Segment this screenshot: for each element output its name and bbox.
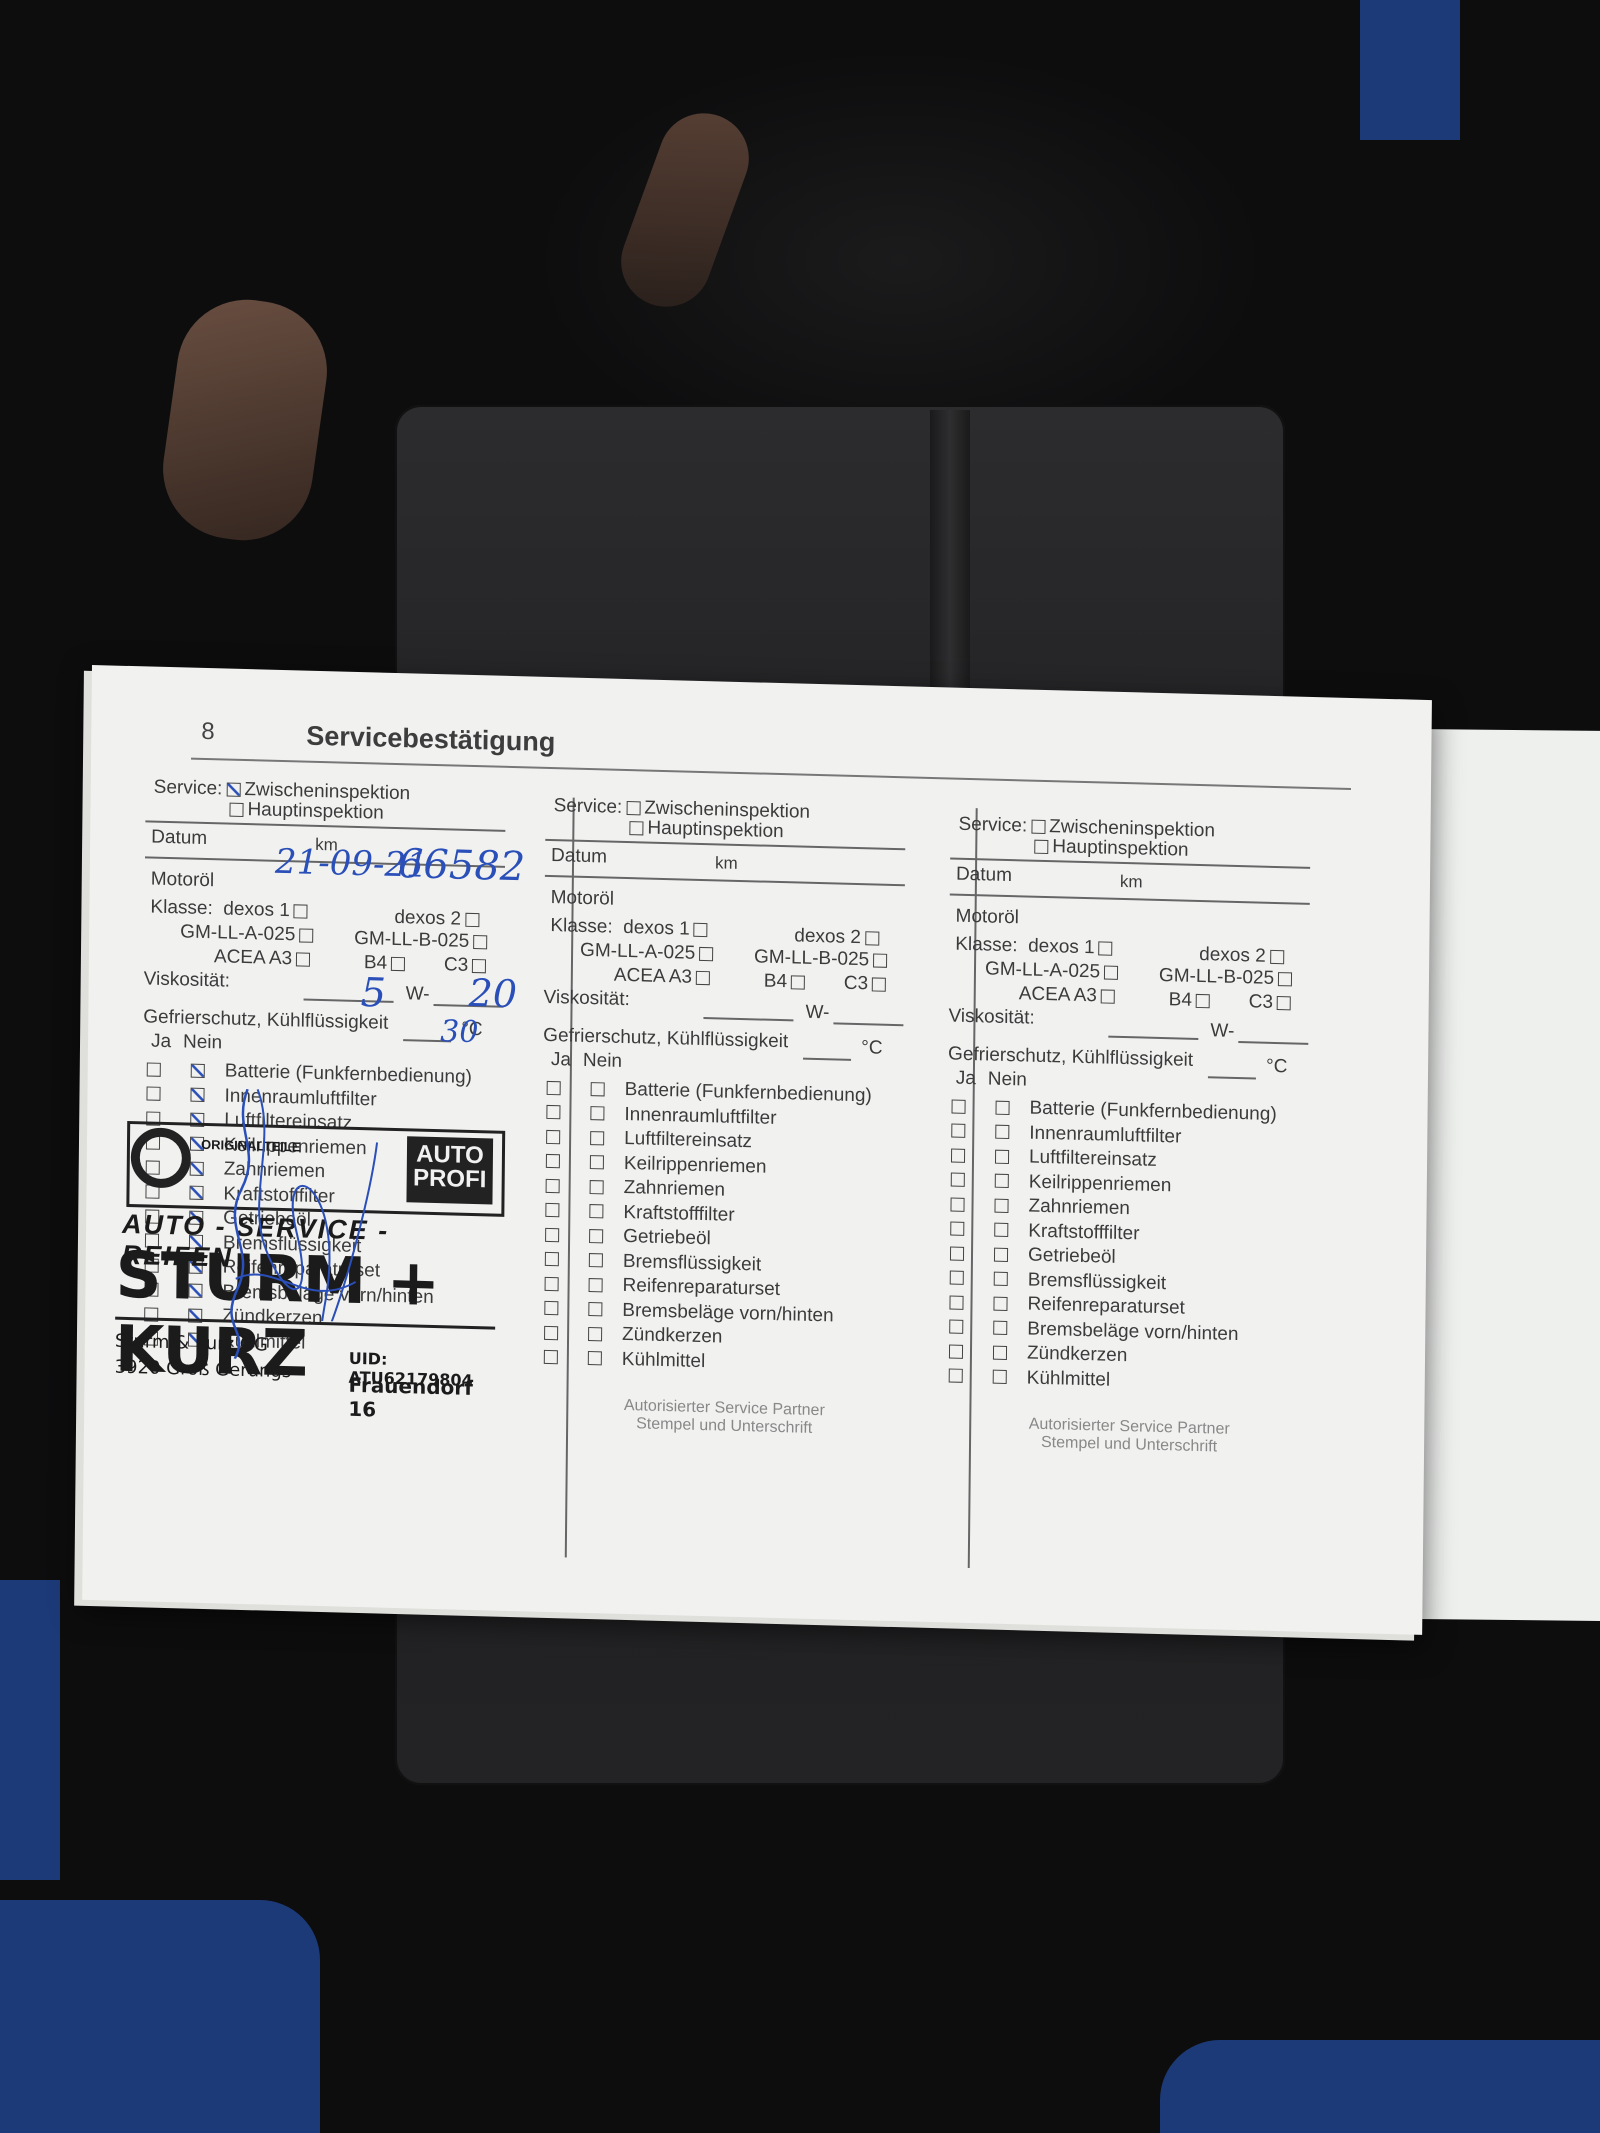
c3-checkbox[interactable] [1277,996,1291,1010]
gm-ll-a-checkbox[interactable] [699,947,713,961]
km-label: km [715,853,738,874]
viscosity-label: Viskosität: [144,968,230,992]
stamp-auto-profi-badge: AUTO PROFI [406,1136,493,1204]
service-entry-3: Service:ZwischeninspektionHauptinspektio… [942,813,1340,1603]
nein-checkbox[interactable] [994,1272,1008,1286]
viscosity-label: Viskosität: [543,987,629,1011]
checklist-label: Innenraumluftfilter [1029,1122,1181,1148]
dexos2-checkbox[interactable] [1270,950,1284,964]
nein-checkbox[interactable] [190,1088,204,1102]
nein-header: Nein [988,1068,1027,1091]
wallet-fold [930,410,970,710]
ja-checkbox[interactable] [950,1197,964,1211]
checklist-label: Bremsbeläge vorn/hinten [1027,1318,1238,1346]
nein-checkbox[interactable] [993,1297,1007,1311]
km-label: km [1120,872,1143,893]
checklist-label: Bremsflüssigkeit [623,1250,762,1276]
nein-checkbox[interactable] [995,1125,1009,1139]
checklist-label: Zündkerzen [1027,1343,1128,1368]
ja-checkbox[interactable] [546,1179,560,1193]
oil-class-row: Klasse: dexos 1 [150,897,312,923]
celsius-label: °C [861,1037,883,1060]
ja-checkbox[interactable] [949,1344,963,1358]
nein-checkbox[interactable] [993,1346,1007,1360]
ja-checkbox[interactable] [547,1081,561,1095]
dexos2-row: dexos 2 [1199,944,1288,968]
ja-header: Ja [551,1049,571,1072]
checklist-label: Luftfiltereinsatz [624,1128,752,1153]
ja-checkbox[interactable] [950,1246,964,1260]
ja-checkbox[interactable] [544,1326,558,1340]
hauptinspektion-row: Hauptinspektion [1030,836,1188,862]
viscosity-hot-field[interactable] [833,1022,903,1025]
acea-row: ACEA A3 [214,946,314,971]
acea-a3-checkbox[interactable] [296,952,310,966]
checklist-label: Getriebeöl [1028,1245,1116,1269]
zwischeninspektion-checkbox[interactable] [626,801,640,815]
ja-checkbox[interactable] [949,1320,963,1334]
ja-checkbox[interactable] [545,1228,559,1242]
nein-header: Nein [183,1031,222,1054]
service-booklet-page: 8 Servicebestätigung Service:Zwischenins… [82,665,1432,1635]
viscosity-w-label: W- [1210,1020,1234,1043]
ja-checkbox[interactable] [951,1173,965,1187]
handwritten-km: 66582 [398,841,526,890]
checklist-label: Keilrippenriemen [1029,1171,1172,1197]
hauptinspektion-row: Hauptinspektion [625,817,783,843]
acea-row: ACEA A3 [1019,983,1119,1008]
checklist-label: Getriebeöl [623,1226,711,1250]
checklist-label: Reifenreparaturset [622,1275,780,1301]
nein-checkbox[interactable] [588,1327,602,1341]
viscosity-hot-field[interactable] [1238,1041,1308,1044]
hauptinspektion-checkbox[interactable] [1034,840,1048,854]
nein-checkbox[interactable] [588,1303,602,1317]
ja-checkbox[interactable] [546,1154,560,1168]
background-blue-fabric [1360,0,1460,140]
checklist-label: Reifenreparaturset [1027,1294,1185,1320]
hauptinspektion-checkbox[interactable] [229,803,243,817]
background-blue-fabric [0,1580,60,1880]
viscosity-w-label: W- [805,1002,829,1025]
ja-checkbox[interactable] [949,1295,963,1309]
dexos2-row: dexos 2 [794,925,883,949]
ja-checkbox[interactable] [546,1105,560,1119]
ja-checkbox[interactable] [545,1252,559,1266]
dexos1-checkbox[interactable] [294,904,308,918]
gm-ll-b-checkbox[interactable] [1278,972,1292,986]
nein-checkbox[interactable] [994,1223,1008,1237]
gm-ll-b-checkbox[interactable] [873,953,887,967]
acea-row: ACEA A3 [614,965,714,990]
checklist-label: Zahnriemen [1028,1196,1130,1221]
viscosity-w-label: W- [406,983,430,1006]
ja-header: Ja [956,1068,976,1091]
nein-checkbox[interactable] [994,1199,1008,1213]
b4-checkbox[interactable] [1196,994,1210,1008]
acea-a3-checkbox[interactable] [696,971,710,985]
dexos1-checkbox[interactable] [1099,941,1113,955]
checklist-label: Bremsbeläge vorn/hinten [622,1299,833,1327]
zwischeninspektion-checkbox[interactable] [1031,820,1045,834]
checklist-label: Kraftstofffilter [1028,1220,1139,1245]
gm-ll-a-checkbox[interactable] [1104,966,1118,980]
checklist-label: Batterie (Funkfernbedienung) [1029,1098,1276,1126]
gm-b-row: GM-LL-B-025 [354,928,491,954]
background-blue-fabric [0,1900,320,2133]
background-blue-fabric [1160,2040,1600,2133]
service-entry-2: Service:ZwischeninspektionHauptinspektio… [538,795,936,1585]
page-title: Servicebestätigung [306,721,555,759]
handwritten-antifreeze: 30 [440,1014,479,1050]
checklist-label: Kühlmittel [622,1348,706,1372]
nein-checkbox[interactable] [590,1156,604,1170]
ja-checkbox[interactable] [951,1149,965,1163]
nein-checkbox[interactable] [191,1064,205,1078]
b4-checkbox[interactable] [391,957,405,971]
c3-checkbox[interactable] [872,977,886,991]
antifreeze-label: Gefrierschutz, Kühlflüssigkeit [143,1006,388,1034]
ja-checkbox[interactable] [949,1369,963,1383]
motor-oil-label: Motoröl [551,887,615,911]
page-number: 8 [201,718,215,746]
nein-checkbox[interactable] [589,1254,603,1268]
nein-checkbox[interactable] [590,1180,604,1194]
nein-checkbox[interactable] [993,1370,1007,1384]
stamp-street: Frauendorf 16 [348,1373,494,1425]
motor-oil-label: Motoröl [955,906,1019,930]
ja-checkbox[interactable] [950,1222,964,1236]
motor-oil-label: Motoröl [151,869,215,893]
dexos2-checkbox[interactable] [865,931,879,945]
booklet-next-page [1405,729,1600,1621]
viscosity-cold-field[interactable] [1108,1036,1198,1040]
nein-checkbox[interactable] [588,1352,602,1366]
nein-checkbox[interactable] [589,1229,603,1243]
nein-checkbox[interactable] [589,1278,603,1292]
checklist-label: Kraftstofffilter [623,1201,734,1226]
antifreeze-field[interactable] [1208,1076,1256,1079]
dexos1-checkbox[interactable] [694,923,708,937]
divider [950,893,1310,904]
oil-class-row: Klasse: dexos 1 [955,934,1117,960]
checklist-label: Luftfiltereinsatz [1029,1147,1157,1172]
handwritten-nein-marks [225,1089,268,1360]
c3-row: C3 [844,973,891,996]
nein-checkbox[interactable] [590,1131,604,1145]
nein-checkbox[interactable] [994,1248,1008,1262]
acea-a3-checkbox[interactable] [1101,989,1115,1003]
date-label: Datum [956,864,1012,887]
antifreeze-label: Gefrierschutz, Kühlflüssigkeit [543,1025,788,1053]
ja-checkbox[interactable] [545,1203,559,1217]
ja-checkbox[interactable] [147,1062,161,1076]
gm-a-row: GM-LL-A-025 [580,940,717,966]
ja-checkbox[interactable] [544,1350,558,1364]
ja-checkbox[interactable] [146,1087,160,1101]
steering-wheel-logo-icon [131,1127,192,1189]
ja-checkbox[interactable] [951,1100,965,1114]
nein-checkbox[interactable] [589,1205,603,1219]
viscosity-cold-field[interactable] [703,1017,793,1021]
dexos2-checkbox[interactable] [465,913,479,927]
handwritten-viscosity-hot: 20 [468,971,517,1016]
viscosity-label: Viskosität: [948,1005,1034,1029]
b4-row: B4 [764,971,809,994]
nein-checkbox[interactable] [993,1321,1007,1335]
checklist-label: Zündkerzen [622,1324,723,1349]
ja-header: Ja [151,1031,171,1054]
gm-ll-a-checkbox[interactable] [299,928,313,942]
date-label: Datum [151,827,207,850]
checklist-label: Zahnriemen [624,1177,726,1202]
divider [545,875,905,886]
dexos2-row: dexos 2 [394,907,483,931]
partner-stamp-caption: Autorisierter Service PartnerStempel und… [964,1414,1294,1459]
gm-a-row: GM-LL-A-025 [180,921,317,947]
gm-b-row: GM-LL-B-025 [1159,965,1296,991]
nein-checkbox[interactable] [995,1101,1009,1115]
nein-checkbox[interactable] [995,1150,1009,1164]
checklist-label: Batterie (Funkfernbedienung) [625,1079,872,1107]
antifreeze-label: Gefrierschutz, Kühlflüssigkeit [948,1043,1193,1071]
partner-stamp-caption: Autorisierter Service PartnerStempel und… [559,1395,889,1440]
checklist-label: Bremsflüssigkeit [1028,1269,1167,1295]
gm-b-row: GM-LL-B-025 [754,946,891,972]
checklist-label: Innenraumluftfilter [624,1103,776,1129]
zwischeninspektion-checkbox[interactable] [226,783,240,797]
b4-row: B4 [1169,989,1214,1012]
checklist-label: Kühlmittel [1027,1367,1111,1391]
nein-checkbox[interactable] [590,1107,604,1121]
ja-checkbox[interactable] [546,1130,560,1144]
nein-checkbox[interactable] [591,1082,605,1096]
ja-checkbox[interactable] [950,1271,964,1285]
gm-ll-b-checkbox[interactable] [473,935,487,949]
celsius-label: °C [1266,1056,1288,1079]
checklist-label: Keilrippenriemen [624,1152,767,1178]
ja-checkbox[interactable] [545,1277,559,1291]
oil-class-row: Klasse: dexos 1 [550,915,712,941]
nein-header: Nein [583,1050,622,1073]
nein-checkbox[interactable] [995,1174,1009,1188]
b4-checkbox[interactable] [791,975,805,989]
ja-checkbox[interactable] [544,1301,558,1315]
handwritten-viscosity-cold: 5 [360,970,386,1017]
date-label: Datum [551,845,607,868]
gm-a-row: GM-LL-A-025 [985,958,1122,984]
hauptinspektion-row: Hauptinspektion [225,799,383,825]
c3-row: C3 [1249,991,1296,1014]
ja-checkbox[interactable] [951,1124,965,1138]
antifreeze-field[interactable] [803,1058,851,1061]
hauptinspektion-checkbox[interactable] [629,821,643,835]
